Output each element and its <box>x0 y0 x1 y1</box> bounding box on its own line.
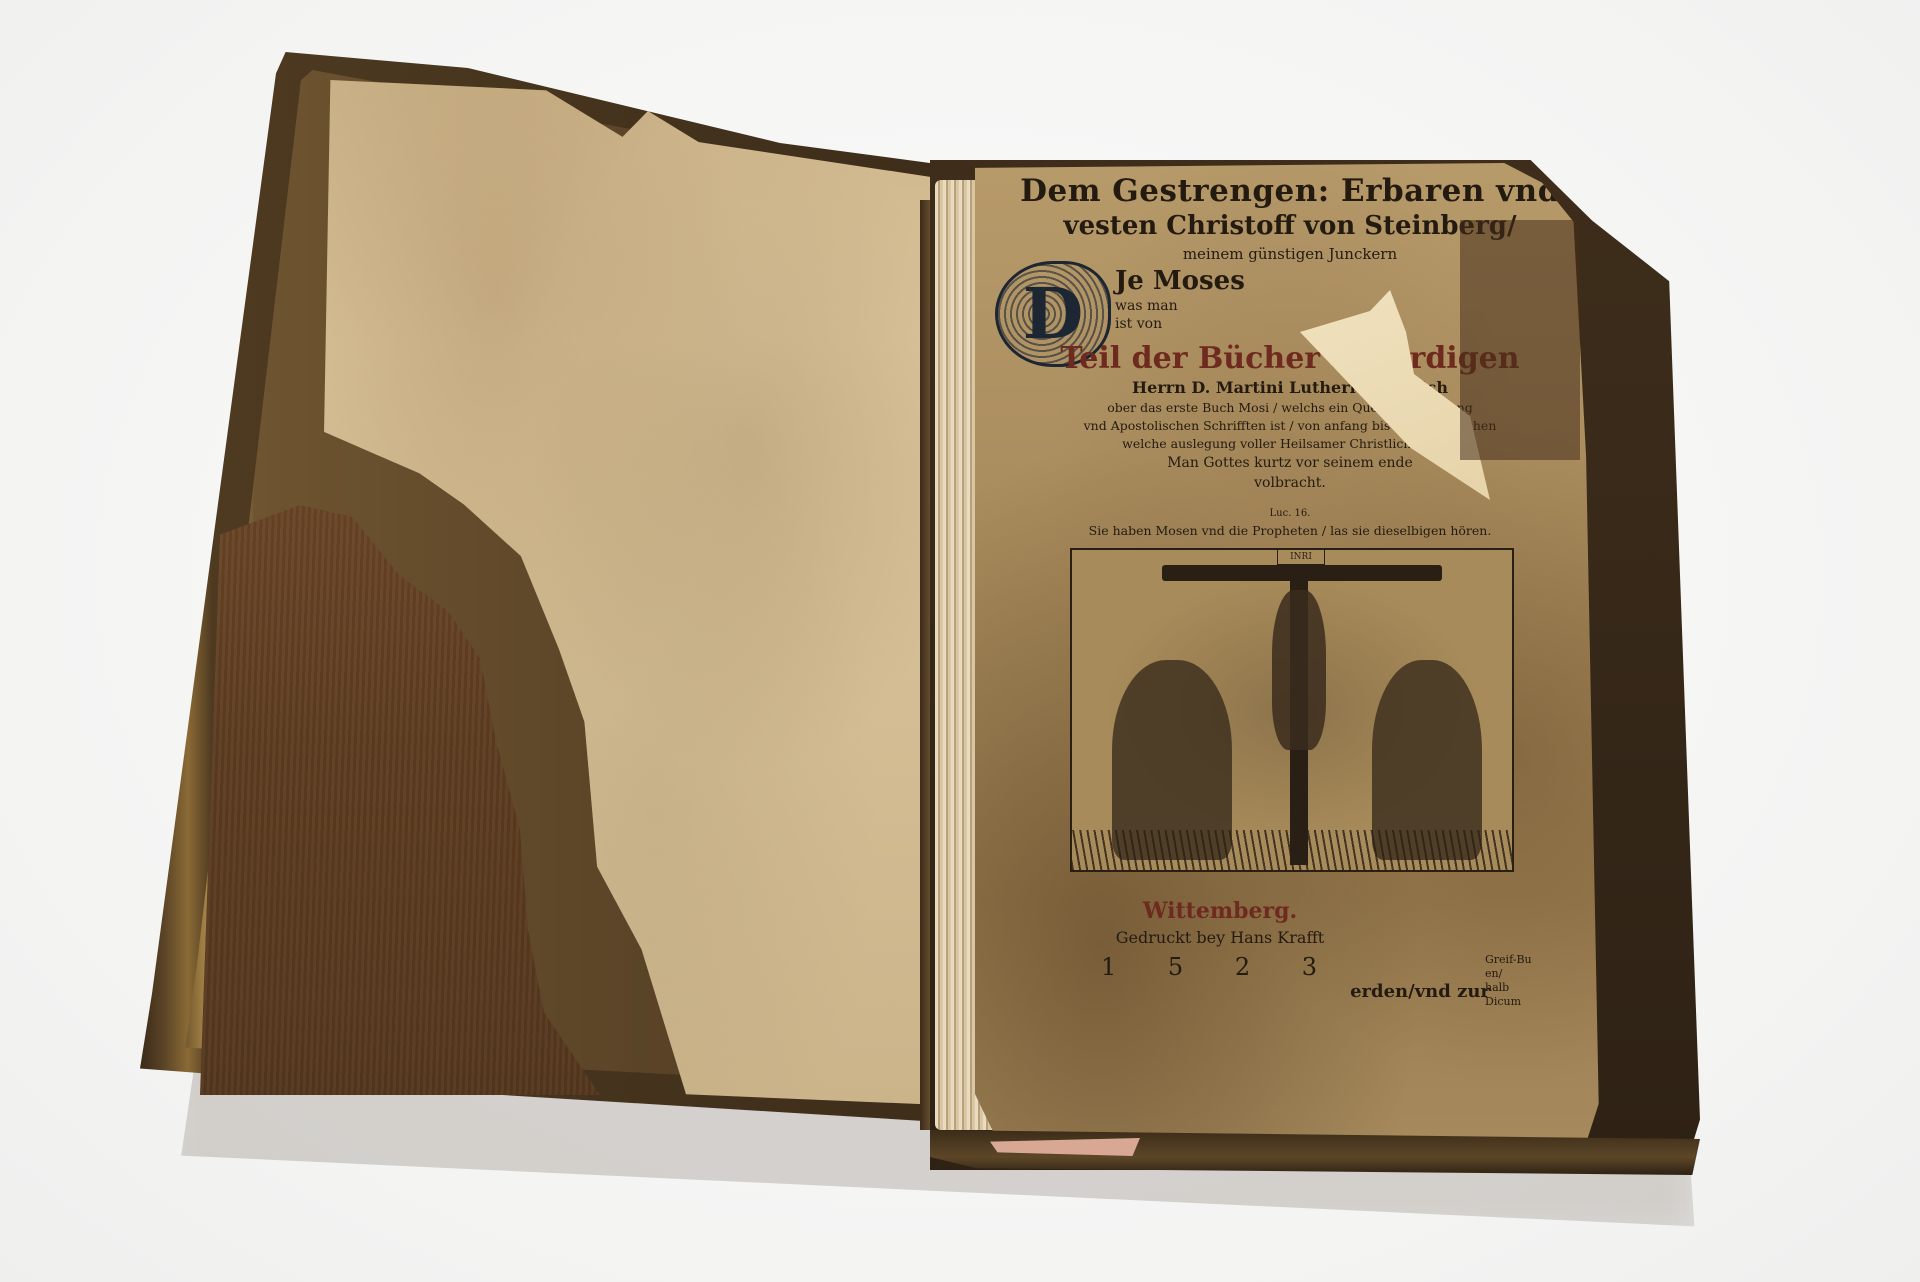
margin-note: Greif-Bu en/ halb Dicum <box>1485 953 1595 1009</box>
crucified-figure <box>1272 590 1326 750</box>
imprint-year: 1 5 2 3 <box>905 953 1535 981</box>
titulus: INRI <box>1277 549 1325 565</box>
body-line: volbracht. <box>975 475 1605 491</box>
intro-line-3: ist von <box>1115 316 1162 332</box>
intro-line-1: Je Moses <box>1115 266 1245 296</box>
intro-line-2: was man <box>1115 298 1178 314</box>
dedication-line-1: Dem Gestrengen: Erbaren vnd <box>975 173 1605 209</box>
margin-note-line: halb <box>1485 981 1595 995</box>
grass-ground <box>1072 830 1512 870</box>
stained-paper-patch <box>1460 220 1580 460</box>
imprint-place: Wittemberg. <box>905 898 1535 924</box>
margin-note-line: en/ <box>1485 967 1595 981</box>
citation-reference: Luc. 16. <box>975 508 1605 519</box>
margin-note-line: Greif-Bu <box>1485 953 1595 967</box>
margin-note-line: Dicum <box>1485 995 1595 1009</box>
imprint-printer: Gedruckt bey Hans Krafft <box>905 928 1535 947</box>
crucifixion-woodcut: INRI <box>1070 548 1514 872</box>
citation-text: Sie haben Mosen vnd die Propheten / las … <box>975 523 1605 538</box>
page-number: 5 <box>1581 173 1591 192</box>
